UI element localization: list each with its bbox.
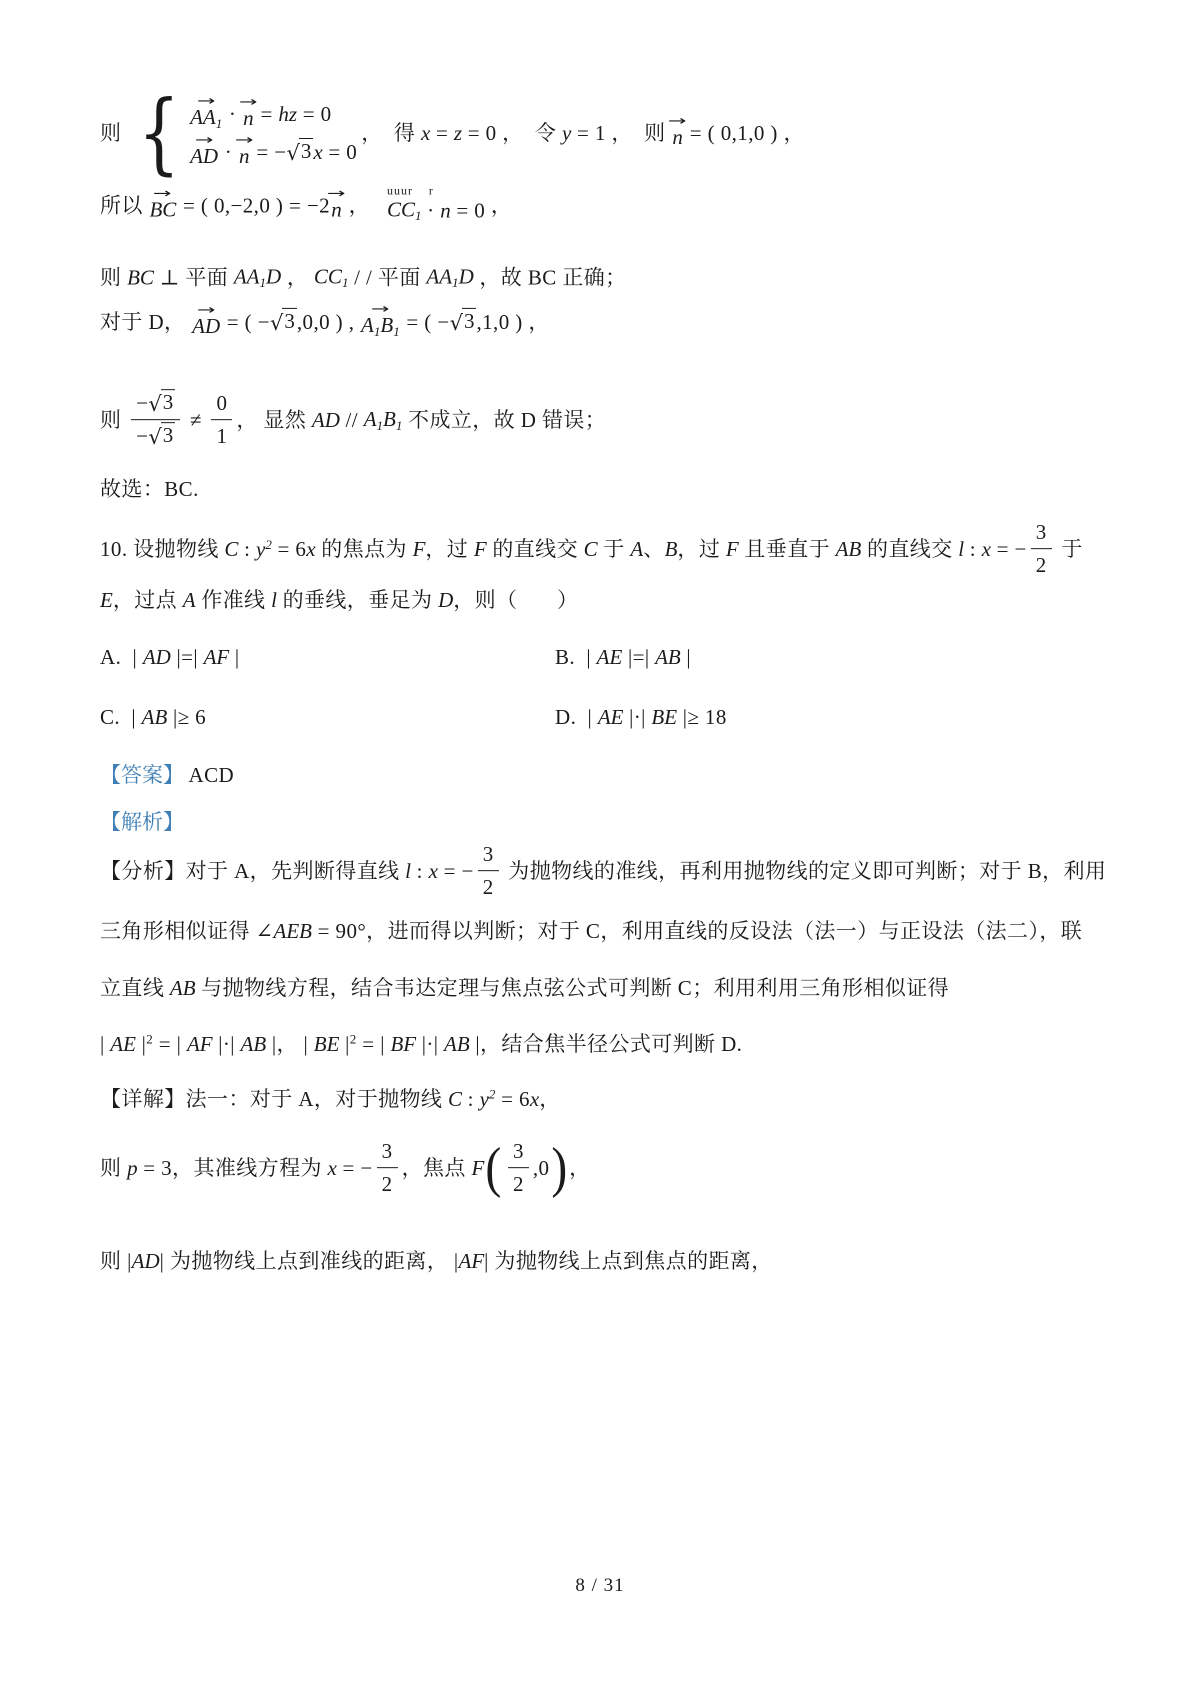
text-run: ， 显然 <box>236 406 312 434</box>
text-run: ， <box>485 191 512 219</box>
vector: →A1B1 <box>361 305 400 339</box>
text-run: 故选：BC. <box>100 475 199 503</box>
math-var: p <box>127 1154 138 1182</box>
text-run: ， 得 <box>361 119 421 147</box>
vector-arrow-icon: → <box>197 97 216 106</box>
radicand: 3 <box>161 389 176 414</box>
left-paren-icon: ( <box>486 1140 502 1196</box>
math-var: AEB <box>274 917 312 945</box>
text-run: · <box>421 196 440 224</box>
equation-line: →AD · →n = −√3x = 0 <box>189 133 357 171</box>
math-var: x <box>306 535 315 563</box>
fenxi-l4: | AE |2 = | AF |·| AB |， | BE |2 = | BF … <box>100 1030 1110 1058</box>
brace-icon: { <box>138 93 180 173</box>
numerator: −√3 <box>131 389 180 420</box>
fraction: 32 <box>1031 518 1052 580</box>
math-var: AB <box>142 703 168 731</box>
math-var: n <box>440 196 451 224</box>
radical-sign-icon: √ <box>450 309 463 337</box>
text-run: A. | <box>100 643 143 671</box>
vector: →n <box>331 189 342 221</box>
math-var: F <box>474 535 487 563</box>
text-run: 的直线交 <box>861 535 958 563</box>
text-run: |≥ 18 <box>677 703 727 731</box>
eq-system: 则 {→AA1 · →n = hz = 0→AD · →n = −√3x = 0… <box>100 93 1110 173</box>
text-run: = ( 0,−2,0 ) = −2 <box>177 191 330 219</box>
fenxi-l2: 三角形相似证得 ∠AEB = 90°，进而得以判断；对于 C，利用直线的反设法（… <box>100 917 1110 945</box>
sqrt-radical: √3 <box>270 308 297 336</box>
radicand: 3 <box>161 423 176 448</box>
superscript: 2 <box>350 1032 357 1047</box>
overset: uuur rCC1 · n = 0 <box>387 185 485 224</box>
vector-arrow-icon: → <box>327 189 346 198</box>
line-p3: 则 p = 3，其准线方程为 x = −32，焦点 F(32,0)， <box>100 1137 1110 1199</box>
text-run: : <box>238 535 256 563</box>
subscript: 1 <box>260 275 267 290</box>
text-run: 3 <box>483 840 494 868</box>
fraction: 32 <box>478 840 499 902</box>
fenxi-l3: 立直线 AB 与抛物线方程，结合韦达定理与焦点弦公式可判断 C；利用利用三角形相… <box>100 974 1110 1002</box>
math-var: AB <box>170 974 196 1002</box>
math-var: x <box>429 857 438 885</box>
text-run: 且垂直于 <box>739 535 836 563</box>
text-run: 2 <box>513 1171 524 1199</box>
text-run: = 6 <box>272 535 306 563</box>
text-run: 则 <box>100 406 127 434</box>
line-zebc: 则 BC ⊥ 平面 AA1D ， CC1 / / 平面 AA1D ，故 BC 正… <box>100 262 1110 291</box>
vector: →AD <box>190 136 218 168</box>
radical-sign-icon: √ <box>148 390 161 418</box>
vector-name: n <box>331 198 342 221</box>
radicand: 3 <box>462 308 477 333</box>
text-run: 则 | <box>100 1247 132 1275</box>
text-run: ,0,0 ) , <box>297 308 360 336</box>
text-run: = − <box>337 1154 373 1182</box>
vector-name: AD <box>190 145 218 168</box>
subscript: 1 <box>452 275 459 290</box>
math-var: AF <box>187 1030 213 1058</box>
superscript: 2 <box>146 1032 153 1047</box>
denominator: 2 <box>382 1169 393 1199</box>
text-run: 立直线 <box>100 974 170 1002</box>
text-run: 于 <box>598 535 631 563</box>
opts-ab-col-1: A. | AD |=| AF | <box>100 643 555 671</box>
text-run: ， <box>281 263 314 291</box>
vector-arrow-icon: → <box>235 136 254 145</box>
text-run: ，过点 <box>113 586 183 614</box>
math-var: y <box>562 119 571 147</box>
math-var: F <box>726 535 739 563</box>
text-run: 10. 设抛物线 <box>100 535 224 563</box>
math-var: C <box>448 1085 462 1113</box>
vector-arrow-icon: → <box>197 306 216 315</box>
text-run: 则 <box>100 1154 127 1182</box>
equation-system: {→AA1 · →n = hz = 0→AD · →n = −√3x = 0 <box>131 93 357 173</box>
text-run: 与抛物线方程，结合韦达定理与焦点弦公式可判断 C；利用利用三角形相似证得 <box>196 974 950 1002</box>
text-run: |， | <box>266 1030 314 1058</box>
text-run: ACD <box>184 761 234 789</box>
math-var: BE <box>651 703 677 731</box>
vector-arrow-icon: → <box>195 136 214 145</box>
text-run: ，故 BC 正确； <box>474 263 627 291</box>
text-run: = <box>255 100 279 128</box>
xiangjie: 【详解】法一：对于 A，对于抛物线 C : y2 = 6x， <box>100 1085 1110 1113</box>
text-run: = − <box>438 857 474 885</box>
text-run: | <box>229 643 239 671</box>
text-run: 于 <box>1056 535 1083 563</box>
math-var: AB <box>241 1030 267 1058</box>
text-run: | <box>100 1030 110 1058</box>
fraction: 01 <box>211 389 232 451</box>
text-run: ,0 <box>533 1154 550 1182</box>
text-run: = 0 <box>323 138 357 166</box>
math-var: x <box>530 1085 539 1113</box>
fraction: 32 <box>377 1137 398 1199</box>
math-var: A <box>183 586 196 614</box>
denominator: 2 <box>1036 550 1047 580</box>
text-run: = − <box>251 138 287 166</box>
math-var: hz <box>278 100 297 128</box>
math-var: x <box>982 535 991 563</box>
vector: →n <box>672 117 683 149</box>
math-var: AA1D <box>234 262 281 291</box>
fraction: 32 <box>508 1137 529 1199</box>
subscript: 1 <box>393 324 400 339</box>
math-var: x <box>421 119 430 147</box>
text-run: C. | <box>100 703 142 731</box>
line-ad: 则 |AD| 为抛物线上点到准线的距离， |AF| 为抛物线上点到焦点的距离， <box>100 1247 1110 1275</box>
text-run: − <box>136 423 148 451</box>
opts-cd-col-2: D. | AE |·| BE |≥ 18 <box>555 703 1110 731</box>
jiexi: 【解析】 <box>100 808 1110 836</box>
math-var: z <box>454 119 462 147</box>
vector: →AD <box>192 306 220 338</box>
vector-arrow-icon: → <box>154 189 173 198</box>
text-run: 则 <box>100 263 127 291</box>
text-run: / / 平面 <box>348 263 426 291</box>
radical-sign-icon: √ <box>148 424 161 452</box>
subscript: 1 <box>377 418 384 433</box>
text-run: 对于 D， <box>100 308 191 336</box>
text-run: |，结合焦半径公式可判断 D. <box>470 1030 743 1058</box>
math-var: E <box>100 586 113 614</box>
section-label: 【解析】 <box>100 808 184 836</box>
math-var: x <box>313 138 322 166</box>
text-run: |·| <box>416 1030 444 1058</box>
text-run: 三角形相似证得 ∠ <box>100 917 274 945</box>
radicand: 3 <box>282 308 297 333</box>
text-run: = ( 0,1,0 ) ， <box>684 119 805 147</box>
math-var: D <box>438 586 453 614</box>
text-run: // <box>340 406 364 434</box>
vector: →AA1 <box>190 97 222 131</box>
text-run: ， <box>343 191 387 219</box>
opts-cd: C. | AB |≥ 6D. | AE |·| BE |≥ 18 <box>100 703 1110 731</box>
page-number: 8 / 31 <box>0 1575 1200 1597</box>
math-var: y2 <box>480 1085 496 1113</box>
text-run: |=| <box>622 643 655 671</box>
text-run: 的直线交 <box>487 535 584 563</box>
math-var: CC1 <box>387 195 422 224</box>
text-run: : <box>964 535 982 563</box>
text-run: 1 <box>216 423 227 451</box>
opts-cd-col-1: C. | AB |≥ 6 <box>100 703 555 731</box>
radicand: 3 <box>299 138 314 163</box>
text-run: = 90°，进而得以判断；对于 C，利用直线的反设法（法一）与正设法（法二），联 <box>312 917 1082 945</box>
numerator: 0 <box>211 389 232 420</box>
math-var: F <box>471 1154 484 1182</box>
subscript: 1 <box>216 116 223 131</box>
text-run: ≠ <box>184 406 207 434</box>
denominator: −√3 <box>136 421 175 451</box>
math-var: BC <box>127 263 154 291</box>
text-run: 的焦点为 <box>316 535 413 563</box>
q10-line2: E，过点 A 作准线 l 的垂线，垂足为 D，则（ ） <box>100 586 1110 614</box>
vector: →n <box>243 98 254 130</box>
text-run: 2 <box>1036 552 1047 580</box>
answer: 【答案】 ACD <box>100 761 1110 789</box>
math-var: y2 <box>256 535 272 563</box>
text-run: |2 = | <box>136 1030 187 1058</box>
text-run: | 为抛物线上点到焦点的距离， <box>484 1247 773 1275</box>
text-run: 3 <box>1036 518 1047 546</box>
vector-name: BC <box>149 198 176 221</box>
math-var: AF <box>458 1247 484 1275</box>
vector-name: n <box>243 107 254 130</box>
numerator: 3 <box>478 840 499 871</box>
numerator: 3 <box>377 1137 398 1168</box>
math-var: C <box>584 535 598 563</box>
text-run: 2 <box>483 874 494 902</box>
text-run: = <box>430 119 454 147</box>
radical-sign-icon: √ <box>287 139 300 167</box>
text-run: ,1,0 ) ， <box>476 308 549 336</box>
numerator: 3 <box>508 1137 529 1168</box>
math-var: B <box>665 535 678 563</box>
text-run: = 0 <box>451 196 485 224</box>
math-var: AD <box>312 406 340 434</box>
math-var: x <box>328 1154 337 1182</box>
vector-name: AA1 <box>190 106 222 131</box>
line-suoyi: 所以 →BC = ( 0,−2,0 ) = −2→n ， uuur rCC1 ·… <box>100 185 1110 224</box>
text-run: : <box>411 857 429 885</box>
math-var: AD <box>132 1247 160 1275</box>
text-run: 作准线 <box>196 586 272 614</box>
vector: →BC <box>149 189 176 221</box>
text-run: ， <box>569 1154 590 1182</box>
text-run: 不成立，故 D 错误； <box>402 406 606 434</box>
opts-ab-col-2: B. | AE |=| AB | <box>555 643 1110 671</box>
math-var: AD <box>143 643 171 671</box>
math-var: BE <box>314 1030 340 1058</box>
math-var: A1B1 <box>364 405 403 434</box>
big-parentheses: (32,0) <box>484 1137 569 1199</box>
q10-line1: 10. 设抛物线 C : y2 = 6x 的焦点为 F，过 F 的直线交 C 于… <box>100 518 1110 580</box>
vector-name: n <box>239 145 250 168</box>
arrow-artifact: uuur r <box>387 185 434 195</box>
text-run: 、 <box>643 535 664 563</box>
fraction: −√3−√3 <box>131 389 180 451</box>
radical-sign-icon: √ <box>270 309 283 337</box>
text-run: 0 <box>216 389 227 417</box>
math-var: AA1D <box>426 262 473 291</box>
text-run: 所以 <box>100 191 148 219</box>
math-var: AE <box>598 703 624 731</box>
text-run: |·| <box>213 1030 241 1058</box>
line-duiyu-d: 对于 D， →AD = ( −√3,0,0 ) , →A1B1 = ( −√3,… <box>100 305 1110 339</box>
text-run: 3 <box>382 1137 393 1165</box>
text-run: 【分析】对于 A，先判断得直线 <box>100 857 405 885</box>
fenxi-l1: 【分析】对于 A，先判断得直线 l : x = −32 为抛物线的准线，再利用抛… <box>100 840 1110 902</box>
text-run: 为抛物线的准线，再利用抛物线的定义即可判断；对于 B，利用 <box>503 857 1107 885</box>
math-var: CC1 <box>314 262 349 291</box>
math-var: C <box>224 535 238 563</box>
right-paren-icon: ) <box>552 1140 568 1196</box>
line-guxuan: 故选：BC. <box>100 475 1110 503</box>
math-var: AE <box>110 1030 136 1058</box>
math-var: F <box>413 535 426 563</box>
numerator: 3 <box>1031 518 1052 549</box>
text-run: ， <box>539 1085 560 1113</box>
text-run: 【详解】法一：对于 A，对于抛物线 <box>100 1085 448 1113</box>
text-run: |2 = | <box>339 1030 390 1058</box>
text-run: ，过 <box>425 535 473 563</box>
text-run: = 0 ， 令 <box>462 119 562 147</box>
math-var: AE <box>597 643 623 671</box>
text-run: = 1 ， 则 <box>571 119 671 147</box>
sqrt-radical: √3 <box>148 423 175 451</box>
vector-arrow-icon: → <box>371 305 390 314</box>
text-run: |=| <box>171 643 204 671</box>
math-var: AB <box>444 1030 470 1058</box>
opts-ab: A. | AD |=| AF |B. | AE |=| AB | <box>100 643 1110 671</box>
text-run: 2 <box>382 1171 393 1199</box>
text-run: ，则（ ） <box>453 586 578 614</box>
text-run: | 为抛物线上点到准线的距离， | <box>160 1247 459 1275</box>
line-frac: 则 −√3−√3 ≠ 01， 显然 AD // A1B1 不成立，故 D 错误； <box>100 389 1110 451</box>
text-run: |≥ 6 <box>167 703 206 731</box>
math-var: A <box>630 535 643 563</box>
section-label: 【答案】 <box>100 761 184 789</box>
text-run: = − <box>991 535 1027 563</box>
paren-content: 32,0 <box>504 1137 549 1199</box>
text-run: = 6 <box>495 1085 529 1113</box>
text-run: |·| <box>623 703 651 731</box>
math-var: AB <box>655 643 681 671</box>
vector-name: A1B1 <box>361 314 400 339</box>
text-run: B. | <box>555 643 597 671</box>
overset-base: CC1 · n = 0 <box>387 195 485 224</box>
equation-lines: →AA1 · →n = hz = 0→AD · →n = −√3x = 0 <box>189 95 357 171</box>
text-run: D. | <box>555 703 598 731</box>
denominator: 1 <box>216 421 227 451</box>
text-run: ，过 <box>677 535 725 563</box>
sqrt-radical: √3 <box>287 138 314 166</box>
vector-name: AD <box>192 315 220 338</box>
text-run: = ( − <box>221 308 270 336</box>
sqrt-radical: √3 <box>450 308 477 336</box>
equation-line: →AA1 · →n = hz = 0 <box>189 95 357 133</box>
vector-name: n <box>672 126 683 149</box>
text-run: 则 <box>100 119 127 147</box>
math-var: AF <box>204 643 230 671</box>
text-run: = 3，其准线方程为 <box>138 1154 328 1182</box>
text-run: ⊥ 平面 <box>154 263 234 291</box>
text-run: = ( − <box>401 308 450 336</box>
denominator: 2 <box>483 872 494 902</box>
vector-arrow-icon: → <box>239 98 258 107</box>
denominator: 2 <box>513 1169 524 1199</box>
vector-arrow-icon: → <box>668 117 687 126</box>
vector: →n <box>239 136 250 168</box>
text-run: − <box>136 389 148 417</box>
text-run: : <box>462 1085 480 1113</box>
math-var: AB <box>836 535 862 563</box>
text-run: ，焦点 <box>402 1154 472 1182</box>
text-run: 3 <box>513 1137 524 1165</box>
sqrt-radical: √3 <box>148 389 175 417</box>
document-page: 则 {→AA1 · →n = hz = 0→AD · →n = −√3x = 0… <box>0 0 1200 1697</box>
subscript: 1 <box>374 324 381 339</box>
text-run: 的垂线，垂足为 <box>277 586 438 614</box>
text-run: | <box>681 643 691 671</box>
text-run: = 0 <box>297 100 331 128</box>
math-var: BF <box>390 1030 416 1058</box>
